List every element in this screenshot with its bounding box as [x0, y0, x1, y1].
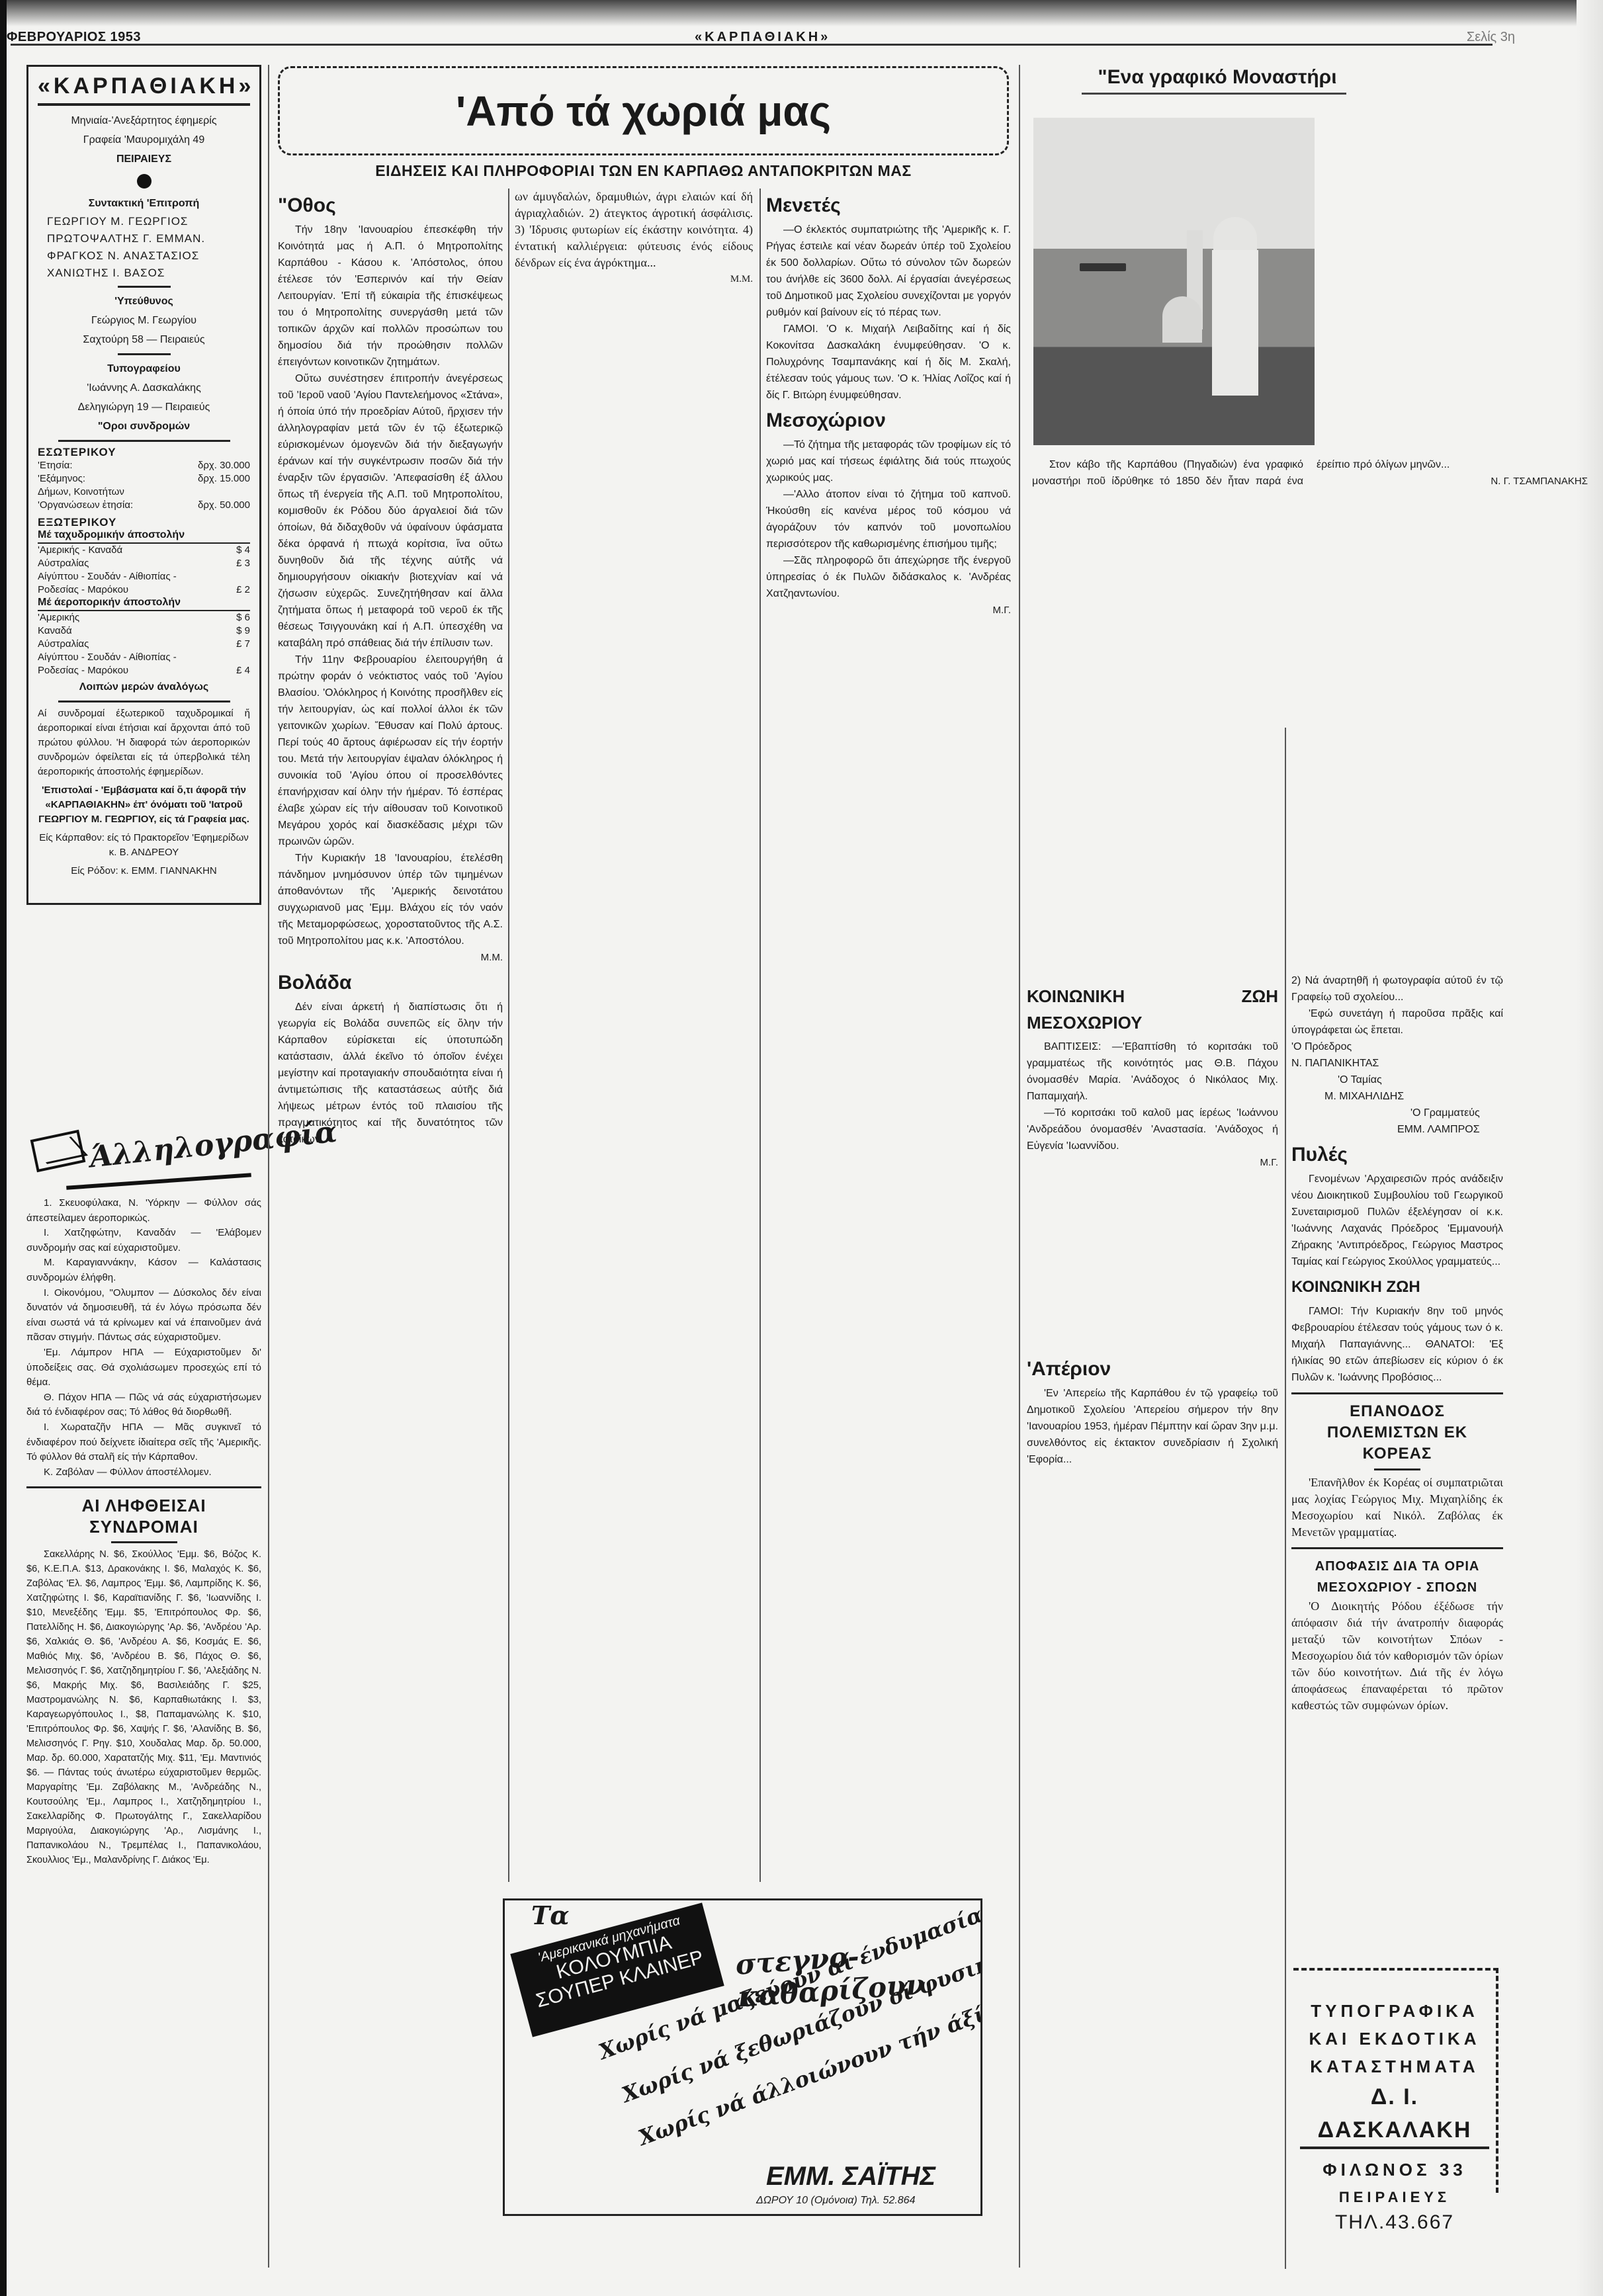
- responsible-label: 'Υπεύθυνος: [38, 292, 250, 311]
- ad-dry-cleaning: Τα 'Αμερικανικά μηχανήματα ΚΟΛΟΥΜΠΙΑ ΣΟΥ…: [503, 1898, 982, 2216]
- rate-price: δρχ. 15.000: [198, 472, 250, 486]
- post-label: Μέ ταχυδρομικήν άποστολήν: [38, 529, 250, 544]
- printer-address: Δεληγιώργη 19 — Πειραιεύς: [38, 398, 250, 417]
- signature-role: 'Ο Ταμίας: [1291, 1072, 1503, 1088]
- masthead-title: «ΚΑΡΠΑΘΙΑΚΗ»: [38, 73, 250, 106]
- rate-label: Αύστραλίας: [38, 557, 89, 570]
- column-rule: [1285, 728, 1286, 2269]
- korea-text: 'Επανῆλθον έκ Κορέας οί συμπατριῶται μας…: [1291, 1474, 1503, 1541]
- scan-edge: [0, 0, 7, 2296]
- divider: [1291, 1547, 1503, 1549]
- rate-label: Αύστραλίας: [38, 638, 89, 651]
- column-3: ων άμυγδαλών, δραμυθιών, άγρι ελαιών καί…: [515, 189, 753, 288]
- committee-member: ΧΑΝΙΩΤΗΣ Ι. ΒΑΣΟΣ: [47, 265, 250, 282]
- correspondence-heading: Άλληλογραφία: [26, 1128, 261, 1191]
- volada-text: Δέν είναι άρκετή ή διαπίστωσις ὅτι ή γεω…: [278, 999, 503, 1148]
- rate-label: Δήμων, Κοινοτήτων 'Οργανώσεων ἐτησία:: [38, 486, 163, 512]
- column-rule: [759, 189, 761, 1882]
- section-subtitle: ΕΙΔΗΣΕΙΣ ΚΑΙ ΠΛΗΡΟΦΟΡΙΑΙ ΤΩΝ ΕΝ ΚΑΡΠΑΘΩ …: [278, 162, 1009, 180]
- issue-date: ΦΕΒΡΟΥΑΡΙΟΣ 1953: [7, 30, 141, 45]
- foreign-label: ΕΞΩΤΕΡΙΚΟΥ: [38, 516, 250, 529]
- ad-print-name: Δ. Ι. ΔΑΣΚΑΛΑΚΗ: [1300, 2080, 1489, 2149]
- correspondence-item: Ι. Χωραταζῆν ΗΠΑ — Μᾶς συγκινεῖ τό ένδια…: [26, 1420, 261, 1465]
- air-label: Μέ άεροπορικήν άποστολήν: [38, 597, 250, 611]
- page-number: Σελίς 3η: [1467, 30, 1515, 45]
- volada-title: Βολάδα: [278, 970, 503, 996]
- scan-shadow: [0, 0, 1603, 26]
- committee-label: Συντακτική 'Επιτροπή: [38, 194, 250, 213]
- ad-print-phone: ΤΗΛ.43.667: [1293, 2211, 1496, 2234]
- baptisms-text: ΒΑΠΤΙΣΕΙΣ: —'Εβαπτίσθη τό κοριτσάκι τοῦ …: [1027, 1039, 1278, 1105]
- borders-text: 'Ο Διοικητής Ρόδου έξέδωσε τήν άπόφασιν …: [1291, 1598, 1503, 1714]
- masthead-box: «ΚΑΡΠΑΘΙΑΚΗ» Μηνιαία-'Ανεξάρτητος έφημερ…: [26, 65, 261, 905]
- ad-print-line1: ΤΥΠΟΓΡΑΦΙΚΑ: [1293, 1997, 1496, 2025]
- masthead-city: ΠΕΙΡΑΙΕΥΣ: [38, 149, 250, 169]
- othos-signature: Μ.Μ.: [278, 949, 503, 966]
- mesochorion-p3: —Σᾶς πληροφορῶ ὅτι άπεχώρησε τῆς ένεργοῦ…: [766, 552, 1011, 602]
- signature-name: Μ. ΜΙΧΑΗΛΙΔΗΣ: [1291, 1088, 1503, 1105]
- school-decision: 2) Νά άναρτηθῆ ή φωτογραφία αύτοῦ έν τῷ …: [1291, 972, 1503, 1005]
- baptisms-more: —Τό κοριτσάκι τοῦ καλοῦ μας ίερέως 'Ιωάν…: [1027, 1105, 1278, 1154]
- monastery-signature: Ν. Γ. ΤΣΑΜΠΑΝΑΚΗΣ: [1317, 473, 1588, 489]
- divider: [1291, 1392, 1503, 1394]
- divider: [58, 440, 230, 442]
- social-life-title: ΚΟΙΝΩΝΙΚΗ ΖΩΗ: [1291, 1274, 1503, 1300]
- rate-label: Αίγύπτου - Σουδάν - Αίθιοπίας - Ροδεσίας…: [38, 570, 190, 597]
- column-6: 2) Νά άναρτηθῆ ή φωτογραφία αύτοῦ έν τῷ …: [1291, 972, 1503, 1714]
- rate-price: δρχ. 30.000: [198, 459, 250, 472]
- committee-member: ΦΡΑΓΚΟΣ Ν. ΑΝΑΣΤΑΣΙΟΣ: [47, 247, 250, 265]
- section-title: 'Από τά χωριά μας: [280, 68, 1007, 154]
- terms-label: "Οροι συνδρομών: [38, 417, 250, 436]
- ad-printing: ΤΥΠΟΓΡΑΦΙΚΑ ΚΑΙ ΕΚΔΟΤΙΚΑ ΚΑΤΑΣΤΗΜΑΤΑ Δ. …: [1293, 1968, 1498, 2193]
- column-rule: [1019, 65, 1020, 2268]
- printer-name: 'Ιωάννης Α. Δασκαλάκης: [38, 378, 250, 398]
- committee-list: ΓΕΩΡΓΙΟΥ Μ. ΓΕΩΡΓΙΟΣ ΠΡΩΤΟΨΑΛΤΗΣ Γ. ΕΜΜΑ…: [38, 213, 250, 282]
- rate-price: $ 4: [236, 544, 250, 557]
- rate-label: 'Αμερικής: [38, 611, 79, 624]
- pyles-text: Γενομένων 'Αρχαιρεσιῶν πρός ανάδειξιν νέ…: [1291, 1171, 1503, 1270]
- divider: [118, 353, 171, 355]
- correspondence-item: Μ. Καραγιαννάκην, Κάσον — Καλάστασις συν…: [26, 1255, 261, 1285]
- divider: [26, 1486, 261, 1488]
- othos-p3: Τήν 11ην Φεβρουαρίου έλειτουργήθη ά πρώτ…: [278, 652, 503, 850]
- mesochorion-p1: —Τό ζήτημα τῆς μεταφοράς τῶν τροφίμων εί…: [766, 437, 1011, 486]
- section-header-box: 'Από τά χωριά μας: [278, 66, 1009, 155]
- korea-title: ΕΠΑΝΟΔΟΣ ΠΟΛΕΜΙΣΤΩΝ ΕΚ ΚΟΡΕΑΣ: [1291, 1401, 1503, 1465]
- mesochorion-p2: —'Αλλο άτοπον είναι τό ζήτημα τοῦ καπνοῦ…: [766, 486, 1011, 552]
- chapel-shape: [1162, 296, 1202, 343]
- othos-p1: Τήν 18ην 'Ιανουαρίου έπεσκέφθη τήν Κοινό…: [278, 222, 503, 370]
- rate-price: δρχ. 50.000: [198, 499, 250, 512]
- subscriptions-list: Σακελλάρης Ν. $6, Σκούλλος 'Εμμ. $6, Βόζ…: [26, 1547, 261, 1867]
- responsible-name: Γεώργιος Μ. Γεωργίου: [38, 311, 250, 330]
- column-4: Μενετές —Ο έκλεκτός συμπατριώτης τῆς 'Αμ…: [766, 189, 1011, 618]
- rhodes-agent: Είς Ρόδον: κ. ΕΜΜ. ΓΙΑΝΝΑΚΗΝ: [38, 864, 250, 878]
- apiriou-title: 'Απέριον: [1027, 1356, 1278, 1382]
- rate-label: 'Εξάμηνος:: [38, 472, 85, 486]
- correspondence-item: Ι. Χατζηφώτην, Καναδάν — 'Ελάβομεν συνδρ…: [26, 1226, 261, 1255]
- bullet-icon: [137, 174, 152, 189]
- others-label: Λοιπών μερών άναλόγως: [38, 677, 250, 697]
- mesochorion-title: Μεσοχώριον: [766, 407, 1011, 434]
- rate-label: Καναδά: [38, 624, 72, 638]
- title-underline: [1082, 93, 1346, 95]
- correspondence-item: Κ. Ζαβόλαν — Φύλλον άποστέλλομεν.: [26, 1465, 261, 1480]
- ad-print-city: ΠΕΙΡΑΙΕΥΣ: [1293, 2184, 1496, 2211]
- correspondence-item: Ι. Οἰκονόμου, "Ολυμπον — Δύσκολος δέν εί…: [26, 1286, 261, 1345]
- ad-brand: ΕΜΜ. ΣΑΪΤΗΣ: [766, 2162, 935, 2191]
- paper-name: «ΚΑΡΠΑΘΙΑΚΗ»: [695, 30, 830, 45]
- othos-p2: Οὕτω συνέστησεν έπιτροπήν άνεγέρσεως τοῦ…: [278, 370, 503, 652]
- subscriptions-title: ΑΙ ΛΗΦΘΕΙΣΑΙ ΣΥΝΔΡΟΜΑΙ: [26, 1495, 261, 1537]
- menetes-text: —Ο έκλεκτός συμπατριώτης τῆς 'Αμερικῆς κ…: [766, 222, 1011, 321]
- subscription-note: Αί συνδρομαί έξωτερικοῦ ταχυδρομικαί ἤ ά…: [38, 706, 250, 779]
- rate-label: 'Ετησία:: [38, 459, 73, 472]
- mesochorion-signature: Μ.Γ.: [766, 602, 1011, 618]
- masthead-subtitle: Μηνιαία-'Ανεξάρτητος έφημερίς: [38, 111, 250, 130]
- header-rule: [11, 44, 1493, 46]
- newspaper-page: ΦΕΒΡΟΥΑΡΙΟΣ 1953 «ΚΑΡΠΑΘΙΑΚΗ» Σελίς 3η «…: [0, 0, 1603, 2296]
- monastery-caption: Στον κάβο τῆς Καρπάθου (Πηγαδιών) ένα γρ…: [1032, 456, 1588, 489]
- signature-role: 'Ο Πρόεδρος: [1291, 1039, 1503, 1055]
- correspondence-list: 1. Σκευοφύλακα, Ν. 'Υόρκην — Φύλλον σάς …: [26, 1196, 261, 1867]
- title-underline: [66, 1173, 251, 1190]
- ad-ta: Τα: [531, 1900, 570, 1930]
- divider: [58, 701, 230, 702]
- printer-label: Τυπογραφείου: [38, 359, 250, 378]
- committee-member: ΓΕΩΡΓΙΟΥ Μ. ΓΕΩΡΓΙΟΣ: [47, 213, 250, 230]
- menetes-title: Μενετές: [766, 192, 1011, 219]
- social-signature: Μ.Γ.: [1027, 1154, 1278, 1171]
- othos-p4: Τήν Κυριακήν 18 'Ιανουαρίου, έτελέσθη πά…: [278, 850, 503, 949]
- rate-price: £ 3: [236, 557, 250, 570]
- social-life-text: ΓΑΜΟΙ: Τήν Κυριακήν 8ην τοῦ μηνός Φεβρου…: [1291, 1303, 1503, 1386]
- correspondence-item: 'Εμ. Λάμπρον ΗΠΑ — Εύχαριστοῦμεν δι' ύπο…: [26, 1345, 261, 1390]
- ad-print-line2: ΚΑΙ ΕΚΔΟΤΙΚΑ: [1293, 2025, 1496, 2053]
- borders-title: ΑΠΟΦΑΣΙΣ ΔΙΑ ΤΑ ΟΡΙΑ ΜΕΣΟΧΩΡΙΟΥ - ΣΠΟΩΝ: [1291, 1556, 1503, 1598]
- column-othos: "Οθος Τήν 18ην 'Ιανουαρίου έπεσκέφθη τήν…: [278, 189, 503, 1148]
- rate-price: $ 6: [236, 611, 250, 624]
- ad-print-line3: ΚΑΤΑΣΤΗΜΑΤΑ: [1293, 2053, 1496, 2080]
- signature-name: ΕΜΜ. ΛΑΜΠΡΟΣ: [1291, 1121, 1503, 1138]
- column-5: ΚΟΙΝΩΝΙΚΗ ΖΩΗ ΜΕΣΟΧΩΡΙΟΥ ΒΑΠΤΙΣΕΙΣ: —'Εβ…: [1027, 979, 1278, 1468]
- decision-closing: 'Εφώ συνετάγη ή παροῦσα πρᾶξις καί ύπογρ…: [1291, 1005, 1503, 1039]
- column-rule: [508, 189, 509, 1882]
- pyles-title: Πυλές: [1291, 1142, 1503, 1168]
- column-rule: [268, 65, 269, 2268]
- monastery-title: "Ενα γραφικό Μοναστήρι: [1072, 66, 1363, 89]
- col3-signature: Μ.Μ.: [515, 271, 753, 288]
- rate-price: £ 7: [236, 638, 250, 651]
- rate-price: £ 4: [236, 664, 250, 677]
- ad-print-street: ΦΙΛΩΝΟΣ 33: [1293, 2156, 1496, 2184]
- signature-name: Ν. ΠΑΠΑΝΙΚΗΤΑΣ: [1291, 1055, 1503, 1072]
- menetes-marriage: ΓΑΜΟΙ. 'Ο κ. Μιχαήλ Λειβαδίτης καί ή δίς…: [766, 321, 1011, 404]
- divider: [118, 286, 171, 288]
- scan-edge-right: [1577, 0, 1603, 2296]
- divider: [111, 1541, 177, 1543]
- domestic-label: ΕΣΩΤΕΡΙΚΟΥ: [38, 446, 250, 459]
- social-mesochori-title: ΚΟΙΝΩΝΙΚΗ ΖΩΗ ΜΕΣΟΧΩΡΙΟΥ: [1027, 983, 1278, 1036]
- rate-price: $ 9: [236, 624, 250, 638]
- monastery-photo: [1033, 118, 1315, 445]
- masthead-office: Γραφεία 'Μαυρομιχάλη 49: [38, 130, 250, 149]
- envelope-icon: [30, 1130, 86, 1173]
- col3-text: ων άμυγδαλών, δραμυθιών, άγρι ελαιών καί…: [515, 189, 753, 271]
- othos-title: "Οθος: [278, 192, 503, 219]
- karpathos-agent: Είς Κάρπαθον: είς τό Πρακτορεῖον 'Εφημερ…: [38, 831, 250, 860]
- divider: [1374, 1468, 1420, 1470]
- apiriou-text: 'Εν 'Απερείω τῆς Καρπάθου έν τῷ γραφείῳ …: [1027, 1385, 1278, 1468]
- rate-label: Αίγύπτου - Σουδάν - Αίθιοπίας - Ροδεσίας…: [38, 651, 190, 677]
- ship-shape: [1080, 263, 1126, 271]
- responsible-address: Σαχτούρη 58 — Πειραιεύς: [38, 330, 250, 349]
- committee-member: ΠΡΩΤΟΨΑΛΤΗΣ Γ. ΕΜΜΑΝ.: [47, 230, 250, 247]
- signature-role: 'Ο Γραμματεύς: [1291, 1105, 1503, 1121]
- rate-label: 'Αμερικής - Καναδά: [38, 544, 122, 557]
- church-shape: [1212, 250, 1258, 396]
- correspondence-item: 1. Σκευοφύλακα, Ν. 'Υόρκην — Φύλλον σάς …: [26, 1196, 261, 1226]
- ad-address: ΔΩΡΟΥ 10 (Ομόνοια) Τηλ. 52.864: [756, 2195, 915, 2207]
- rate-price: £ 2: [236, 583, 250, 597]
- correspondence-item: Θ. Πάχον ΗΠΑ — Πῶς νά σάς εύχαριστήσωμεν…: [26, 1390, 261, 1420]
- letters-note: 'Επιστολαί - 'Εμβάσματα καί ὅ,τι άφορᾶ τ…: [38, 783, 250, 827]
